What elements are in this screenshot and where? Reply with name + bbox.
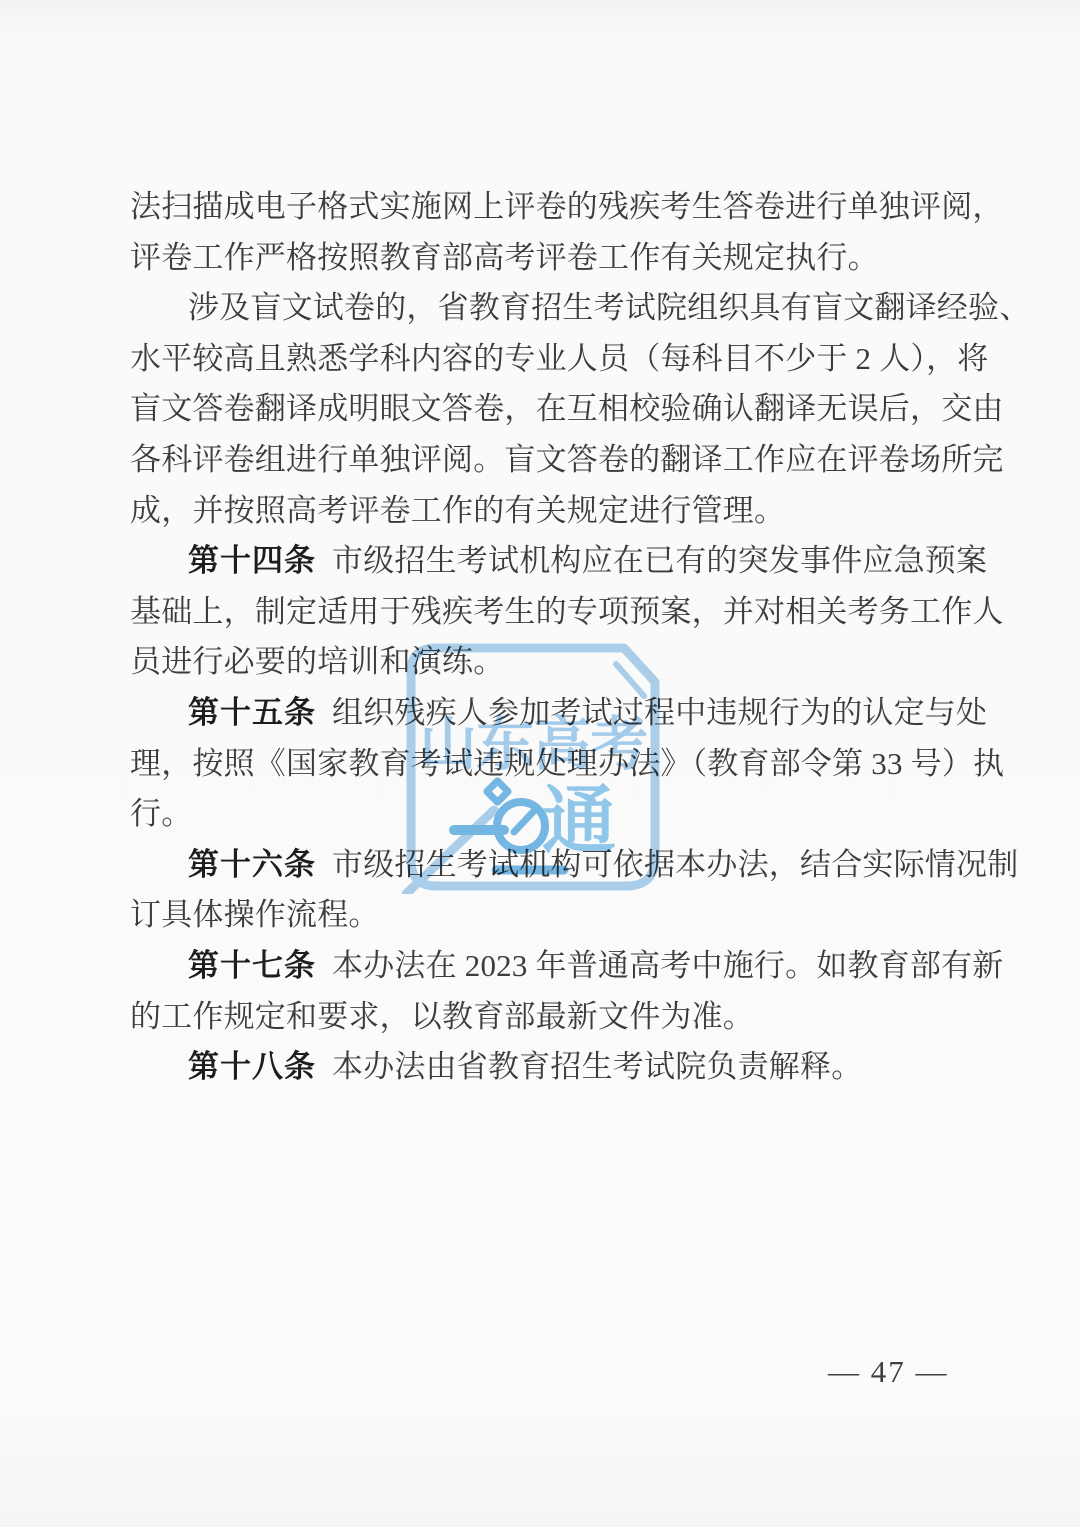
text-line: 第十八条本办法由省教育招生考试院负责解释。: [130, 1042, 955, 1093]
text-line: 员进行必要的培训和演练。: [130, 637, 955, 688]
text-line: 评卷工作严格按照教育部高考评卷工作有关规定执行。: [130, 233, 955, 284]
text-line: 各科评卷组进行单独评阅。盲文答卷的翻译工作应在评卷场所完: [130, 435, 955, 486]
text-line: 第十四条市级招生考试机构应在已有的突发事件应急预案: [130, 536, 955, 587]
text-line: 第十六条市级招生考试机构可依据本办法，结合实际情况制: [130, 840, 955, 891]
line-text: 市级招生考试机构应在已有的突发事件应急预案: [332, 543, 987, 578]
line-text: 的工作规定和要求，以教育部最新文件为准。: [130, 999, 754, 1034]
text-line: 基础上，制定适用于残疾考生的专项预案，并对相关考务工作人: [130, 587, 955, 638]
line-text: 本办法在 2023 年普通高考中施行。如教育部有新: [332, 948, 1004, 983]
text-line: 订具体操作流程。: [130, 890, 955, 941]
text-line: 行。: [130, 789, 955, 840]
page-number: — 47 —: [828, 1352, 949, 1392]
line-text: 各科评卷组进行单独评阅。盲文答卷的翻译工作应在评卷场所完: [130, 442, 1004, 477]
article-number: 第十五条: [188, 695, 316, 730]
line-text: 法扫描成电子格式实施网上评卷的残疾考生答卷进行单独评阅，: [130, 189, 1004, 224]
line-text: 本办法由省教育招生考试院负责解释。: [332, 1049, 862, 1084]
line-text: 员进行必要的培训和演练。: [130, 644, 504, 679]
line-text: 市级招生考试机构可依据本办法，结合实际情况制: [332, 847, 1018, 882]
line-text: 理，按照《国家教育考试违规处理办法》（教育部令第 33 号）执: [130, 746, 1004, 781]
document-page: 法扫描成电子格式实施网上评卷的残疾考生答卷进行单独评阅，评卷工作严格按照教育部高…: [0, 0, 1080, 1527]
text-line: 第十五条组织残疾人参加考试过程中违规行为的认定与处: [130, 688, 955, 739]
text-line: 的工作规定和要求，以教育部最新文件为准。: [130, 992, 955, 1043]
text-line: 盲文答卷翻译成明眼文答卷，在互相校验确认翻译无误后，交由: [130, 384, 955, 435]
article-number: 第十八条: [188, 1049, 316, 1084]
line-text: 基础上，制定适用于残疾考生的专项预案，并对相关考务工作人: [130, 594, 1004, 629]
line-text: 订具体操作流程。: [130, 897, 380, 932]
text-line: 涉及盲文试卷的，省教育招生考试院组织具有盲文翻译经验、: [130, 283, 955, 334]
text-line: 第十七条本办法在 2023 年普通高考中施行。如教育部有新: [130, 941, 955, 992]
text-line: 成，并按照高考评卷工作的有关规定进行管理。: [130, 486, 955, 537]
document-body: 法扫描成电子格式实施网上评卷的残疾考生答卷进行单独评阅，评卷工作严格按照教育部高…: [130, 182, 955, 1093]
article-number: 第十四条: [188, 543, 316, 578]
line-text: 涉及盲文试卷的，省教育招生考试院组织具有盲文翻译经验、: [188, 290, 1030, 325]
article-number: 第十七条: [188, 948, 316, 983]
line-text: 行。: [130, 796, 192, 831]
line-text: 评卷工作严格按照教育部高考评卷工作有关规定执行。: [130, 240, 879, 275]
text-line: 水平较高且熟悉学科内容的专业人员（每科目不少于 2 人），将: [130, 334, 955, 385]
line-text: 水平较高且熟悉学科内容的专业人员（每科目不少于 2 人），将: [130, 341, 989, 376]
text-line: 理，按照《国家教育考试违规处理办法》（教育部令第 33 号）执: [130, 739, 955, 790]
line-text: 盲文答卷翻译成明眼文答卷，在互相校验确认翻译无误后，交由: [130, 391, 1004, 426]
line-text: 组织残疾人参加考试过程中违规行为的认定与处: [332, 695, 987, 730]
article-number: 第十六条: [188, 847, 316, 882]
text-line: 法扫描成电子格式实施网上评卷的残疾考生答卷进行单独评阅，: [130, 182, 955, 233]
line-text: 成，并按照高考评卷工作的有关规定进行管理。: [130, 493, 785, 528]
